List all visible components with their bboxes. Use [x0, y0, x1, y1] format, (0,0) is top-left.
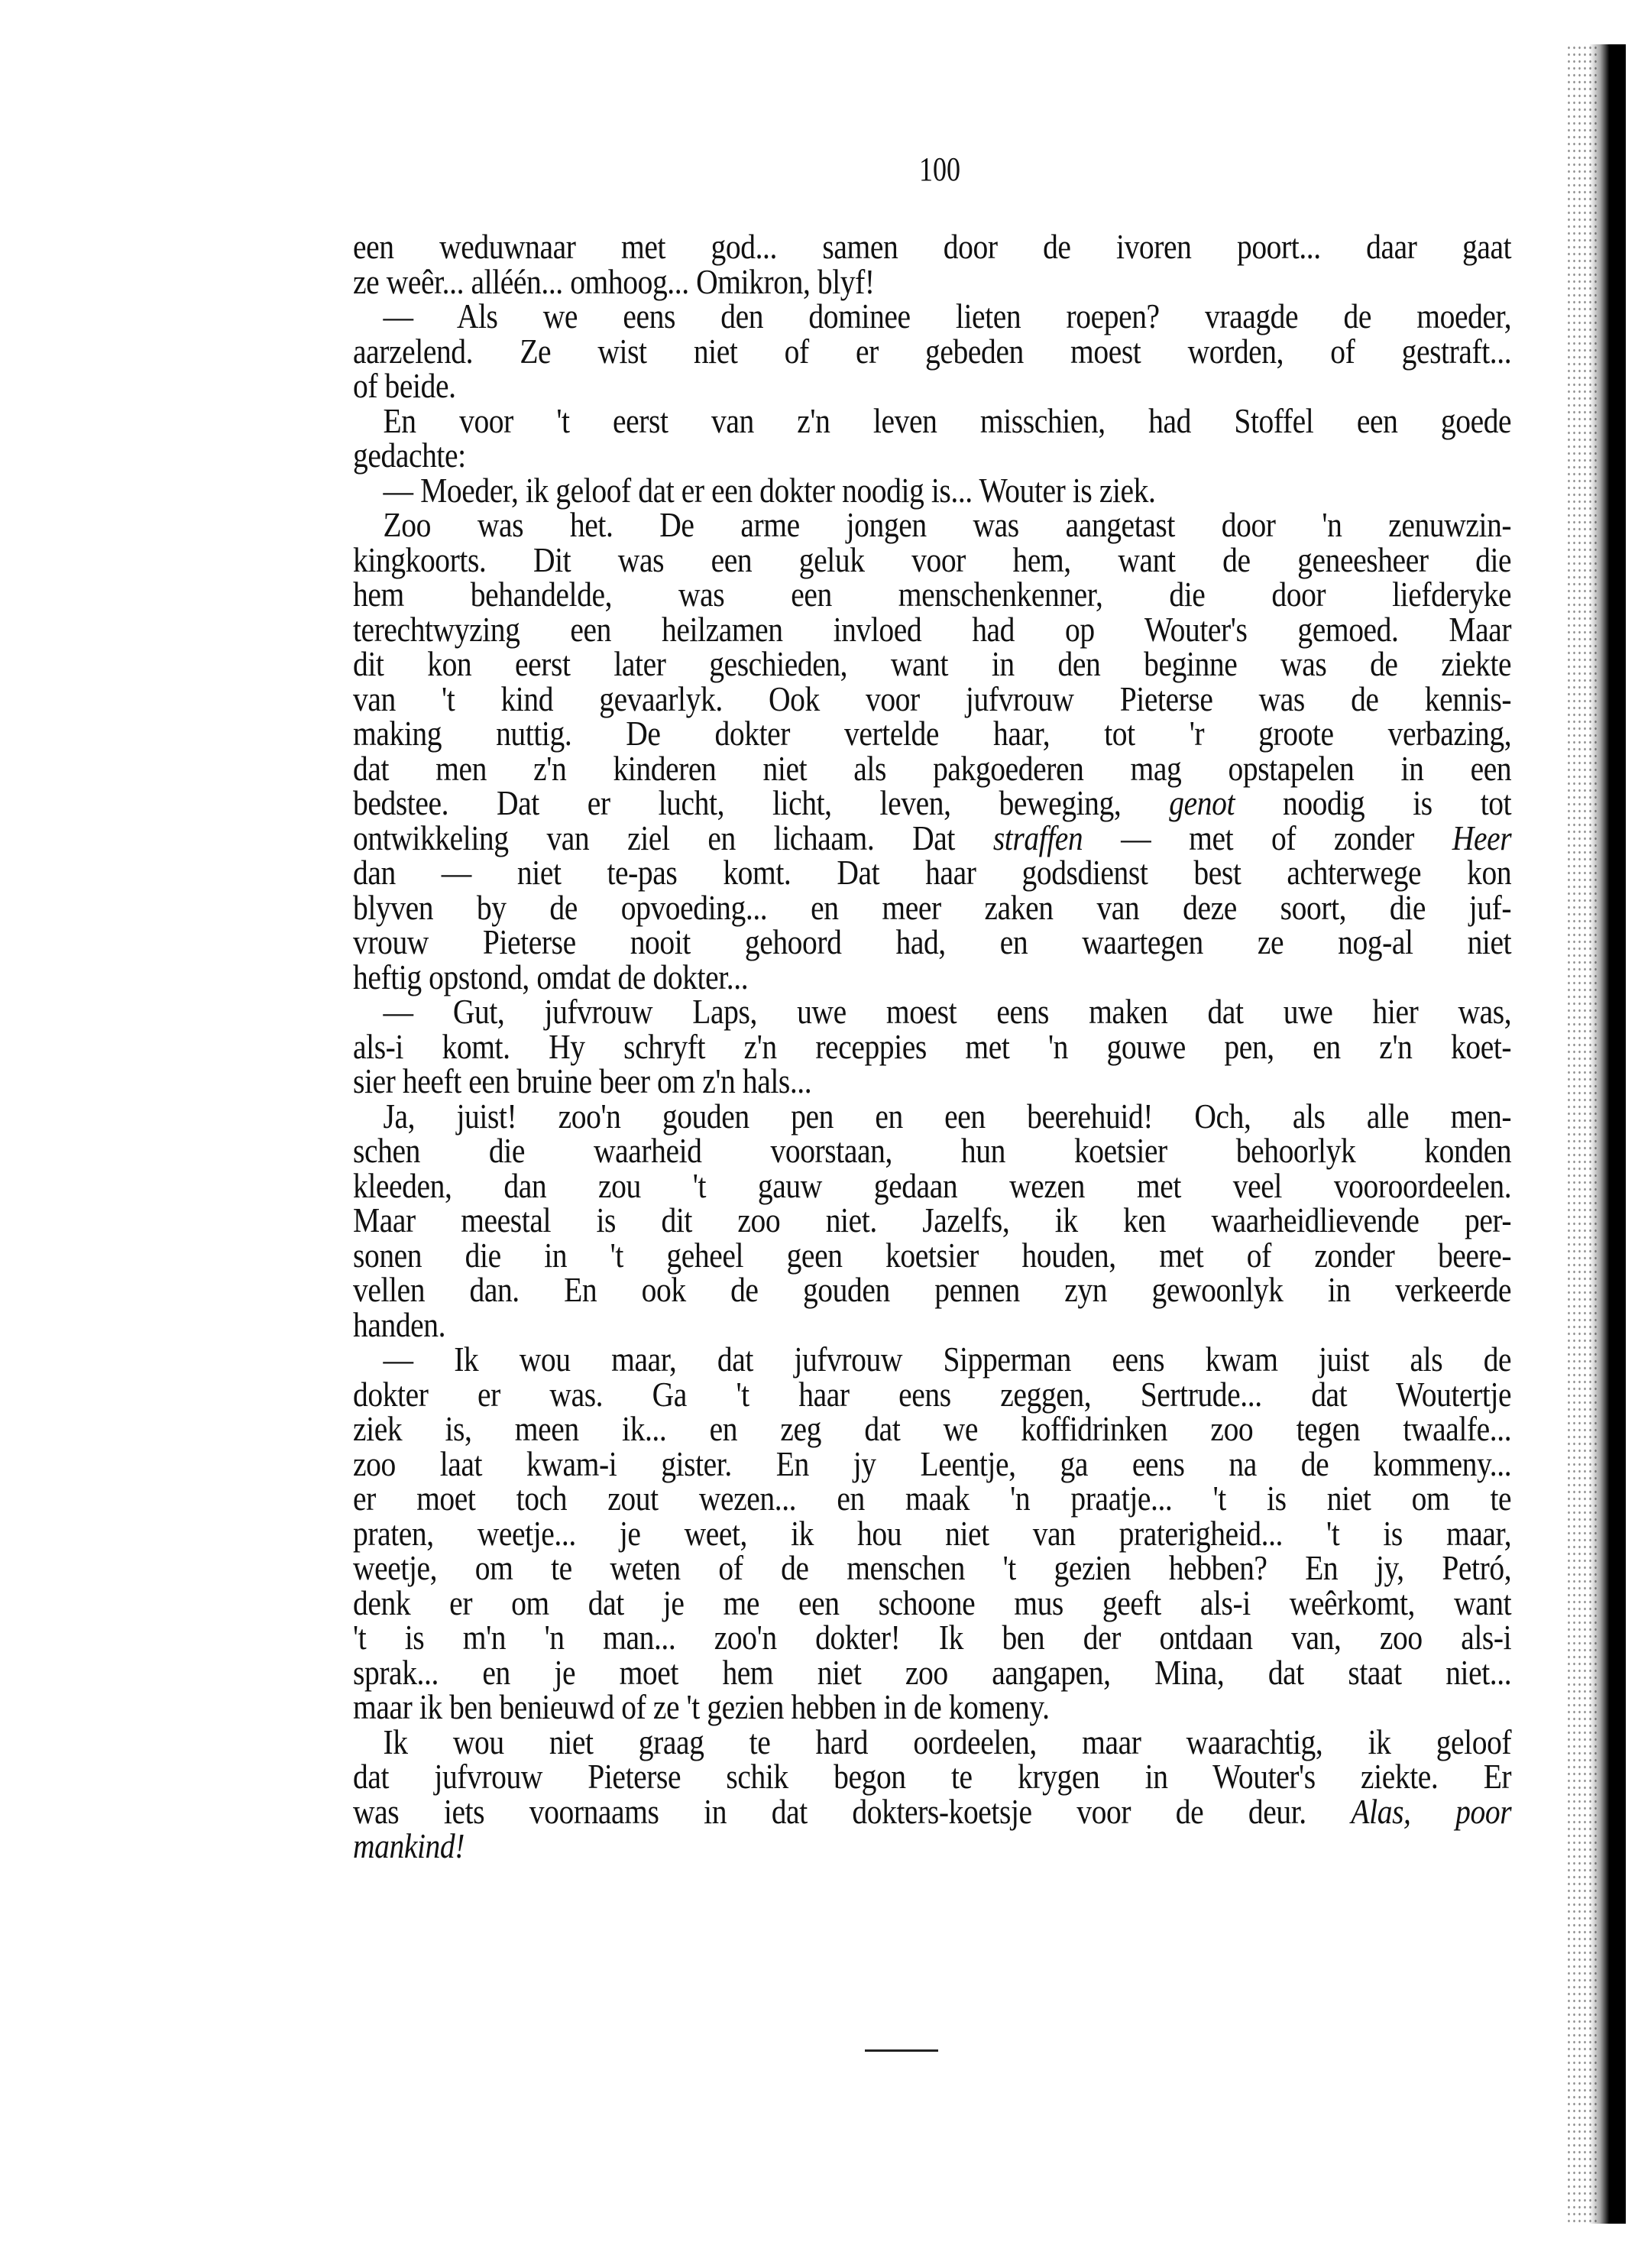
text-line: praten, weetje... je weet, ik hou niet v… — [353, 1516, 1511, 1551]
italic-text: genot — [1169, 783, 1235, 822]
text-line: gedachte: — [353, 438, 1511, 473]
text-line: dan — niet te-pas komt. Dat haar godsdie… — [353, 855, 1511, 890]
text-line: blyven by de opvoeding... en meer zaken … — [353, 890, 1511, 925]
text-line: was iets voornaams in dat dokters-koetsj… — [353, 1794, 1511, 1829]
text-line: vrouw Pieterse nooit gehoord had, en waa… — [353, 925, 1511, 960]
text-line: terechtwyzing een heilzamen invloed had … — [353, 612, 1511, 647]
text-line: — Moeder, ik geloof dat er een dokter no… — [353, 473, 1511, 508]
body-text: een weduwnaar met god... samen door de i… — [353, 229, 1511, 1864]
text-segment: noodig is tot — [1235, 783, 1511, 822]
text-line: maar ik ben benieuwd of ze 't gezien heb… — [353, 1690, 1511, 1725]
text-line: vellen dan. En ook de gouden pennen zyn … — [353, 1272, 1511, 1307]
text-line: sonen die in 't geheel geen koetsier hou… — [353, 1238, 1511, 1273]
text-line: 't is m'n 'n man... zoo'n dokter! Ik ben… — [353, 1620, 1511, 1655]
text-line: handen. — [353, 1307, 1511, 1343]
text-segment: bedstee. Dat er lucht, licht, leven, bew… — [353, 783, 1169, 822]
text-line: — Gut, jufvrouw Laps, uwe moest eens mak… — [353, 994, 1511, 1029]
text-line: als-i komt. Hy schryft z'n receppies met… — [353, 1029, 1511, 1064]
text-line: een weduwnaar met god... samen door de i… — [353, 229, 1511, 264]
text-line: weetje, om te weten of de menschen 't ge… — [353, 1550, 1511, 1586]
text-line: aarzelend. Ze wist niet of er gebeden mo… — [353, 334, 1511, 369]
text-segment: — met of zonder — [1083, 818, 1452, 857]
text-line: En voor 't eerst van z'n leven misschien… — [353, 403, 1511, 439]
text-line: dokter er was. Ga 't haar eens zeggen, S… — [353, 1377, 1511, 1412]
text-line: sprak... en je moet hem niet zoo aangape… — [353, 1655, 1511, 1690]
text-line: zoo laat kwam-i gister. En jy Leentje, g… — [353, 1447, 1511, 1482]
text-line: Maar meestal is dit zoo niet. Jazelfs, i… — [353, 1203, 1511, 1238]
text-line: hem behandelde, was een menschenkenner, … — [353, 577, 1511, 612]
text-line: er moet toch zout wezen... en maak 'n pr… — [353, 1481, 1511, 1516]
text-line: Ik wou niet graag te hard oordeelen, maa… — [353, 1725, 1511, 1760]
page-edge-shadow — [1589, 44, 1626, 2224]
text-segment: ontwikkeling van ziel en lichaam. Dat — [353, 818, 993, 857]
italic-text: mankind! — [353, 1826, 465, 1865]
text-line: ze weêr... alléén... omhoog... Omikron, … — [353, 264, 1511, 300]
text-line: ziek is, meen ik... en zeg dat we koffid… — [353, 1411, 1511, 1447]
text-line: heftig opstond, omdat de dokter... — [353, 960, 1511, 995]
page-number: 100 — [908, 150, 971, 189]
text-line: schen die waarheid voorstaan, hun koetsi… — [353, 1133, 1511, 1168]
text-line: denk er om dat je me een schoone mus gee… — [353, 1586, 1511, 1621]
italic-text: straffen — [993, 818, 1083, 857]
italic-text: Alas, poor — [1351, 1792, 1511, 1831]
text-line: Zoo was het. De arme jongen was aangetas… — [353, 507, 1511, 543]
italic-text: Heer — [1452, 818, 1511, 857]
section-separator-rule — [865, 2049, 938, 2052]
text-line: of beide. — [353, 368, 1511, 403]
text-line: dat men z'n kinderen niet als pakgoedere… — [353, 751, 1511, 786]
text-line: kleeden, dan zou 't gauw gedaan wezen me… — [353, 1168, 1511, 1204]
text-line: dit kon eerst later geschieden, want in … — [353, 646, 1511, 682]
text-line: van 't kind gevaarlyk. Ook voor jufvrouw… — [353, 682, 1511, 717]
text-line: mankind! — [353, 1829, 1511, 1864]
scanned-book-page: 100 een weduwnaar met god... samen door … — [0, 0, 1651, 2268]
text-line: kingkoorts. Dit was een geluk voor hem, … — [353, 543, 1511, 578]
text-line: — Als we eens den dominee lieten roepen?… — [353, 299, 1511, 334]
text-line: Ja, juist! zoo'n gouden pen en een beere… — [353, 1099, 1511, 1134]
text-line: dat jufvrouw Pieterse schik begon te kry… — [353, 1759, 1511, 1794]
text-line: making nuttig. De dokter vertelde haar, … — [353, 716, 1511, 751]
text-line: sier heeft een bruine beer om z'n hals..… — [353, 1064, 1511, 1099]
text-line: — Ik wou maar, dat jufvrouw Sipperman ee… — [353, 1342, 1511, 1377]
text-line: bedstee. Dat er lucht, licht, leven, bew… — [353, 786, 1511, 821]
text-segment: was iets voornaams in dat dokters-koetsj… — [353, 1792, 1351, 1831]
text-line: ontwikkeling van ziel en lichaam. Dat st… — [353, 821, 1511, 856]
